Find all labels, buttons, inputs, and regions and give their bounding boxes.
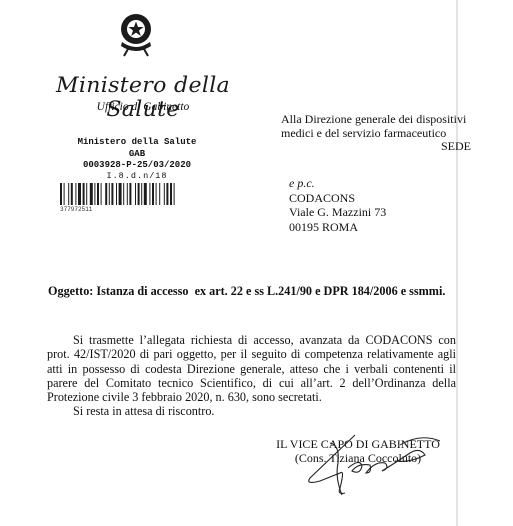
addressee-line: Alla Direzione generale dei dispositivi (281, 113, 471, 127)
stamp-protocol-number: 0003928-P-25/03/2020 (62, 160, 212, 170)
italian-republic-emblem-icon (118, 12, 154, 58)
addressee-sede: SEDE (281, 140, 471, 154)
cc-name: CODACONS (289, 191, 386, 206)
handwritten-signature-icon (300, 433, 450, 503)
stamp-office-code: GAB (62, 149, 212, 159)
cc-block: e p.c. CODACONS Viale G. Mazzini 73 0019… (289, 176, 386, 234)
cc-label: e p.c. (289, 176, 386, 191)
stamp-ministry: Ministero della Salute (62, 137, 212, 147)
barcode-number: 377972511 (60, 206, 92, 213)
stamp-classification: I.8.d.n/18 (62, 171, 212, 181)
subject-line: Oggetto: Istanza di accesso ex art. 22 e… (48, 284, 445, 299)
body-paragraph: Si trasmette l’allegata richiesta di acc… (47, 333, 456, 404)
office-name: Ufficio di Gabinetto (38, 101, 248, 113)
addressee-line: medici e del servizio farmaceutico (281, 127, 471, 141)
ministry-name: Ministero della Salute (33, 73, 254, 121)
barcode-icon (60, 183, 216, 205)
letter-body: Si trasmette l’allegata richiesta di acc… (47, 333, 456, 419)
cc-street: Viale G. Mazzini 73 (289, 205, 386, 220)
page-edge-divider (456, 0, 458, 526)
addressee-block: Alla Direzione generale dei dispositivi … (281, 113, 471, 154)
cc-city: 00195 ROMA (289, 220, 386, 235)
body-paragraph: Si resta in attesa di riscontro. (47, 404, 456, 418)
